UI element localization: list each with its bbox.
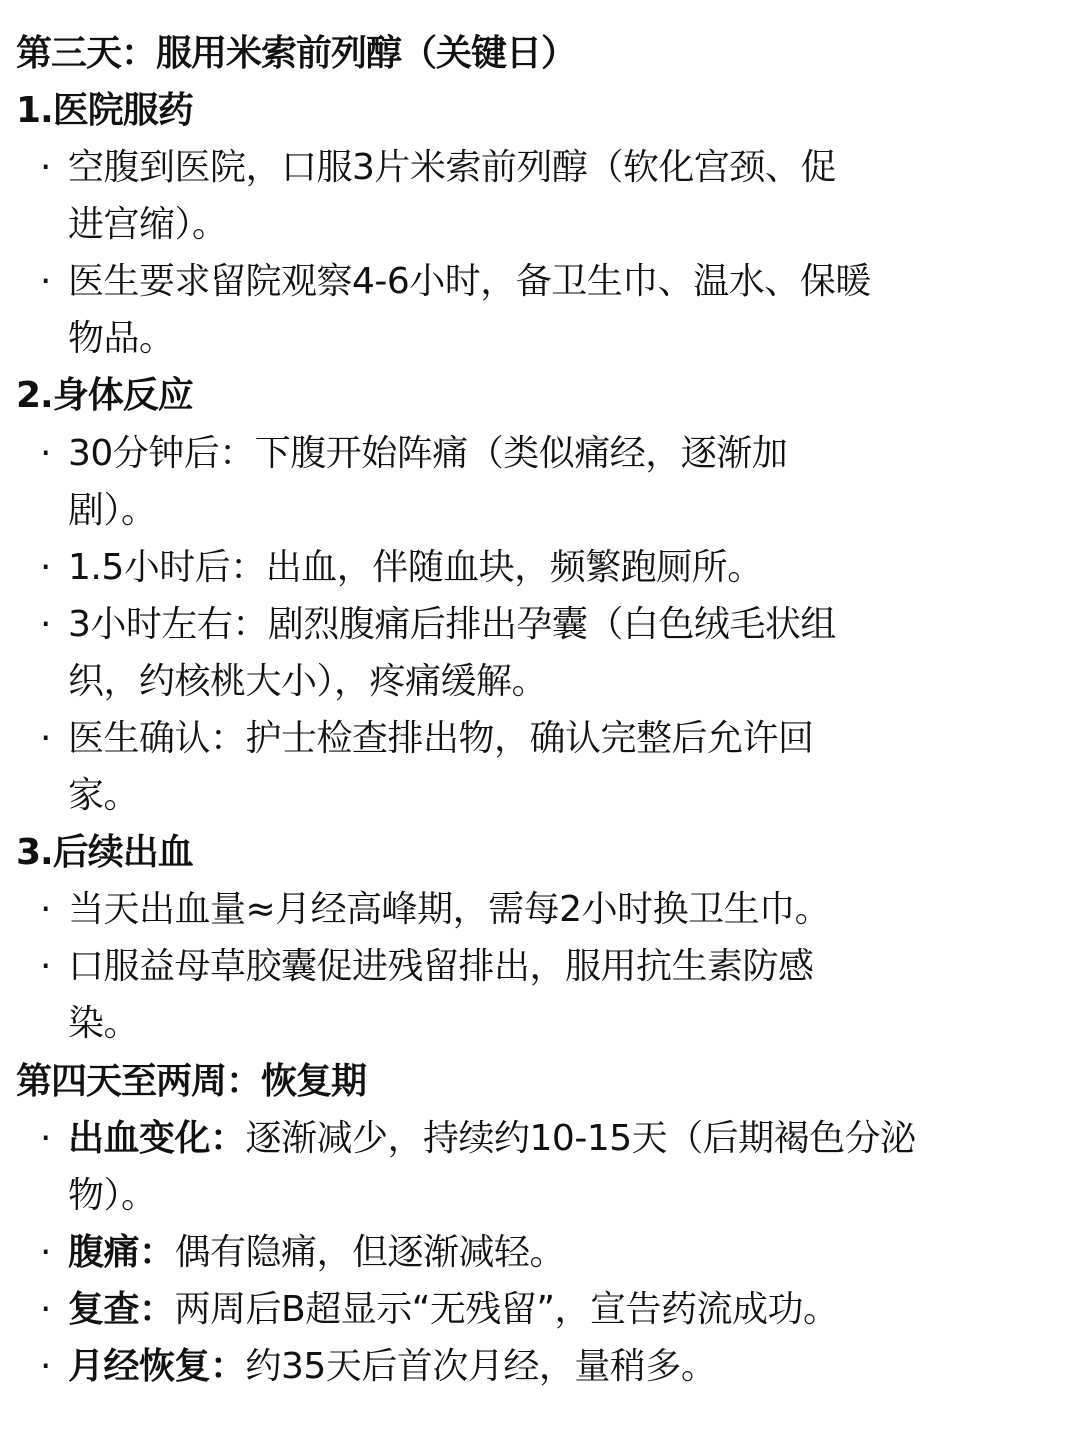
s2-item-4-line-2: 家。 bbox=[68, 778, 139, 814]
recovery-title: 第四天至两周：恢复期 bbox=[16, 1064, 366, 1100]
recovery-label: 月经恢复： bbox=[68, 1346, 246, 1387]
recovery-item-2: 腹痛：偶有隐痛，但逐渐减轻。 bbox=[68, 1235, 565, 1271]
bullet-icon: · bbox=[40, 721, 51, 757]
recovery-item-4: 月经恢复：约35天后首次月经，量稍多。 bbox=[68, 1349, 716, 1385]
recovery-text: 逐渐减少，持续约10-15天（后期褐色分泌 bbox=[246, 1118, 916, 1159]
recovery-text: 约35天后首次月经，量稍多。 bbox=[246, 1346, 717, 1387]
bullet-icon: · bbox=[40, 949, 51, 985]
recovery-text: 偶有隐痛，但逐渐减轻。 bbox=[175, 1232, 566, 1273]
section-3-title: 3.后续出血 bbox=[16, 835, 193, 871]
bullet-icon: · bbox=[40, 150, 51, 186]
s1-item-1-line-2: 进宫缩）。 bbox=[68, 207, 228, 243]
bullet-icon: · bbox=[40, 550, 51, 586]
bullet-icon: · bbox=[40, 1121, 51, 1157]
bullet-icon: · bbox=[40, 264, 51, 300]
section-2-title: 2.身体反应 bbox=[16, 378, 193, 414]
s2-item-2-line-1: 1.5小时后：出血，伴随血块，频繁跑厕所。 bbox=[68, 550, 763, 586]
s2-item-3-line-1: 3小时左右：剧烈腹痛后排出孕囊（白色绒毛状组 bbox=[68, 607, 836, 643]
recovery-label: 腹痛： bbox=[68, 1232, 175, 1273]
bullet-icon: · bbox=[40, 1235, 51, 1271]
document: 第三天：服用米索前列醇（关键日） 1.医院服药 · 空腹到医院，口服3片米索前列… bbox=[0, 0, 1080, 1440]
s1-item-2-line-2: 物品。 bbox=[68, 321, 175, 357]
bullet-icon: · bbox=[40, 436, 51, 472]
s2-item-1-line-1: 30分钟后：下腹开始阵痛（类似痛经，逐渐加 bbox=[68, 436, 787, 472]
recovery-item-1-cont: 物）。 bbox=[68, 1178, 157, 1214]
bullet-icon: · bbox=[40, 1292, 51, 1328]
s3-item-1-line-1: 当天出血量≈月经高峰期，需每2小时换卫生巾。 bbox=[68, 892, 830, 928]
s2-item-1-line-2: 剧）。 bbox=[68, 493, 157, 529]
bullet-icon: · bbox=[40, 1349, 51, 1385]
s1-item-1-line-1: 空腹到医院，口服3片米索前列醇（软化宫颈、促 bbox=[68, 150, 836, 186]
s3-item-2-line-2: 染。 bbox=[68, 1006, 139, 1042]
recovery-text: 两周后B超显示“无残留”，宣告药流成功。 bbox=[175, 1289, 839, 1330]
bullet-icon: · bbox=[40, 892, 51, 928]
s2-item-4-line-1: 医生确认：护士检查排出物，确认完整后允许回 bbox=[68, 721, 814, 757]
recovery-item-3: 复查：两周后B超显示“无残留”，宣告药流成功。 bbox=[68, 1292, 839, 1328]
section-1-title: 1.医院服药 bbox=[16, 93, 193, 129]
bullet-icon: · bbox=[40, 607, 51, 643]
recovery-item-1: 出血变化：逐渐减少，持续约10-15天（后期褐色分泌 bbox=[68, 1121, 916, 1157]
s1-item-2-line-1: 医生要求留院观察4-6小时，备卫生巾、温水、保暖 bbox=[68, 264, 871, 300]
recovery-label: 出血变化： bbox=[68, 1118, 246, 1159]
s3-item-2-line-1: 口服益母草胶囊促进残留排出，服用抗生素防感 bbox=[68, 949, 814, 985]
s2-item-3-line-2: 织，约核桃大小），疼痛缓解。 bbox=[68, 664, 547, 700]
day3-title: 第三天：服用米索前列醇（关键日） bbox=[16, 36, 576, 72]
recovery-label: 复查： bbox=[68, 1289, 175, 1330]
